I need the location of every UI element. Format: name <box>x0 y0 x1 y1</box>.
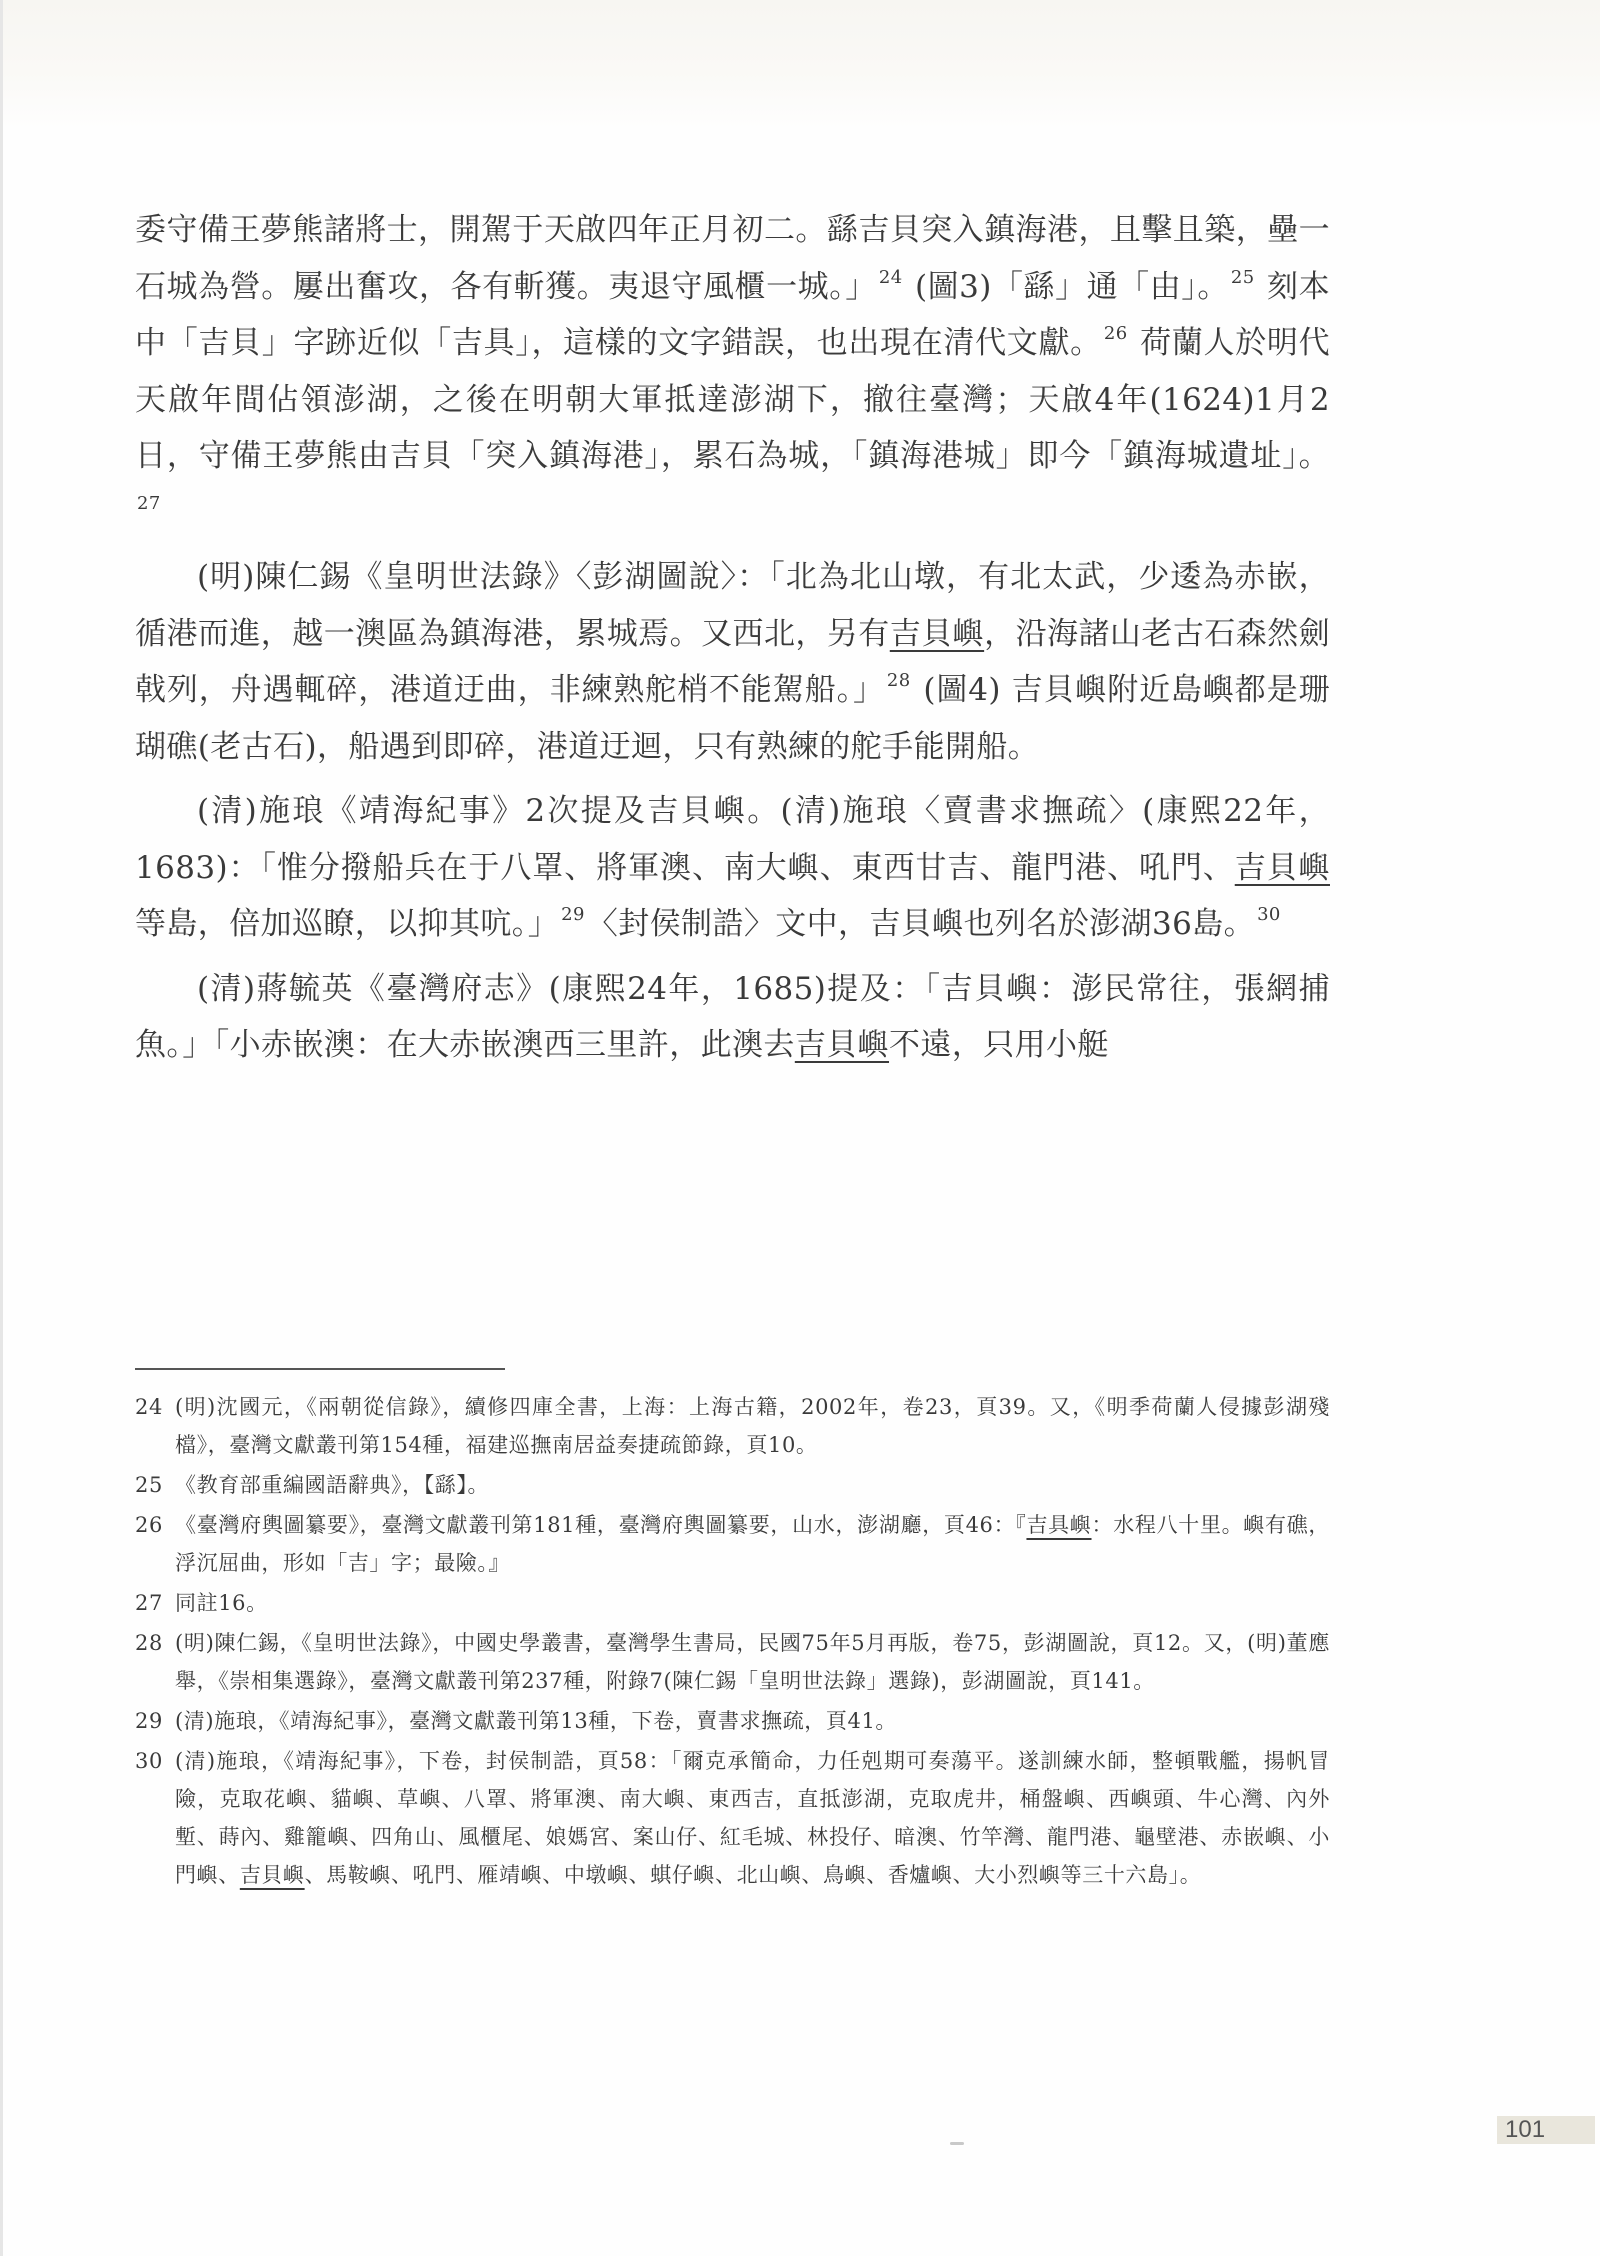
underlined-term: 吉具嶼 <box>1026 1513 1091 1537</box>
footnote-25: 25《教育部重編國語辭典》，【繇】。 <box>135 1466 1330 1504</box>
footnote-number: 28 <box>135 1624 175 1662</box>
underlined-term: 吉貝嶼 <box>240 1863 305 1887</box>
footnote-ref-28[interactable]: 28 <box>887 670 911 691</box>
footnote-26: 26《臺灣府輿圖纂要》，臺灣文獻叢刊第181種，臺灣府輿圖纂要，山水，澎湖廳，頁… <box>135 1506 1330 1582</box>
footnote-text: (明)沈國元，《兩朝從信錄》，續修四庫全書，上海：上海古籍，2002年，卷23，… <box>175 1395 1330 1457</box>
footnote-number: 26 <box>135 1506 175 1544</box>
footnote-ref-25[interactable]: 25 <box>1231 267 1255 288</box>
footnote-ref-26[interactable]: 26 <box>1104 323 1128 344</box>
footnote-29: 29(清)施琅，《靖海紀事》，臺灣文獻叢刊第13種，下卷，賣書求撫疏，頁41。 <box>135 1702 1330 1740</box>
footnote-number: 25 <box>135 1466 175 1504</box>
footnote-number: 27 <box>135 1584 175 1622</box>
text: (清)施琅《靖海紀事》2次提及吉貝嶼。(清)施琅〈賣書求撫疏〉(康熙22年，16… <box>135 793 1330 886</box>
paragraph-4: (清)蔣毓英《臺灣府志》(康熙24年，1685)提及：「吉貝嶼：澎民常往，張網捕… <box>135 961 1330 1074</box>
text: 〈封侯制誥〉文中，吉貝嶼也列名於澎湖36島。 <box>587 906 1255 942</box>
footnote-ref-24[interactable]: 24 <box>879 267 903 288</box>
paragraph-3: (清)施琅《靖海紀事》2次提及吉貝嶼。(清)施琅〈賣書求撫疏〉(康熙22年，16… <box>135 783 1330 953</box>
page-number: 101 <box>1497 2116 1595 2144</box>
footnote-ref-29[interactable]: 29 <box>561 904 585 925</box>
underlined-term: 吉貝嶼 <box>1235 850 1330 886</box>
footnote-30: 30(清)施琅，《靖海紀事》，下卷，封侯制誥，頁58：「爾克承簡命，力任剋期可奏… <box>135 1742 1330 1894</box>
text: (圖3)「繇」通「由」。 <box>905 269 1229 305</box>
text: 不遠，只用小艇 <box>889 1027 1109 1063</box>
scan-left-edge <box>0 0 3 2256</box>
footnote-number: 30 <box>135 1742 175 1780</box>
paragraph-2: (明)陳仁錫《皇明世法錄》〈彭湖圖說〉：「北為北山墩，有北太武，少逶為赤嵌，循港… <box>135 549 1330 775</box>
paragraph-1: 委守備王夢熊諸將士，開駕于天啟四年正月初二。繇吉貝突入鎮海港，且擊且築，壘一石城… <box>135 202 1330 541</box>
footnote-27: 27同註16。 <box>135 1584 1330 1622</box>
footnote-number: 24 <box>135 1388 175 1426</box>
body-text: 委守備王夢熊諸將士，開駕于天啟四年正月初二。繇吉貝突入鎮海港，且擊且築，壘一石城… <box>135 202 1330 1082</box>
text: 等島，倍加巡瞭，以抑其吭。」 <box>135 906 559 942</box>
footnote-text: 同註16。 <box>175 1591 268 1615</box>
underlined-term: 吉貝嶼 <box>890 616 984 652</box>
footnote-text: 《教育部重編國語辭典》，【繇】。 <box>175 1473 489 1497</box>
text: (清)蔣毓英《臺灣府志》(康熙24年，1685)提及：「吉貝嶼：澎民常往，張網捕… <box>135 971 1330 1064</box>
footnote-ref-27[interactable]: 27 <box>137 493 161 514</box>
footnote-text: (清)施琅，《靖海紀事》，臺灣文獻叢刊第13種，下卷，賣書求撫疏，頁41。 <box>175 1709 897 1733</box>
footnote-24: 24(明)沈國元，《兩朝從信錄》，續修四庫全書，上海：上海古籍，2002年，卷2… <box>135 1388 1330 1464</box>
scan-smudge <box>950 2142 964 2145</box>
footnote-text: 、馬鞍嶼、吼門、雁靖嶼、中墩嶼、蜞仔嶼、北山嶼、鳥嶼、香爐嶼、大小烈嶼等三十六島… <box>305 1863 1202 1887</box>
footnote-28: 28(明)陳仁錫，《皇明世法錄》，中國史學叢書，臺灣學生書局，民國75年5月再版… <box>135 1624 1330 1700</box>
scan-top-shading <box>0 0 1600 130</box>
underlined-term: 吉貝嶼 <box>795 1027 889 1063</box>
footnote-ref-30[interactable]: 30 <box>1257 904 1281 925</box>
footnote-text: 《臺灣府輿圖纂要》，臺灣文獻叢刊第181種，臺灣府輿圖纂要，山水，澎湖廳，頁46… <box>175 1513 1026 1537</box>
footnote-text: (明)陳仁錫，《皇明世法錄》，中國史學叢書，臺灣學生書局，民國75年5月再版，卷… <box>175 1631 1330 1693</box>
footnote-separator <box>135 1368 505 1370</box>
footnote-number: 29 <box>135 1702 175 1740</box>
footnotes: 24(明)沈國元，《兩朝從信錄》，續修四庫全書，上海：上海古籍，2002年，卷2… <box>135 1388 1330 1896</box>
